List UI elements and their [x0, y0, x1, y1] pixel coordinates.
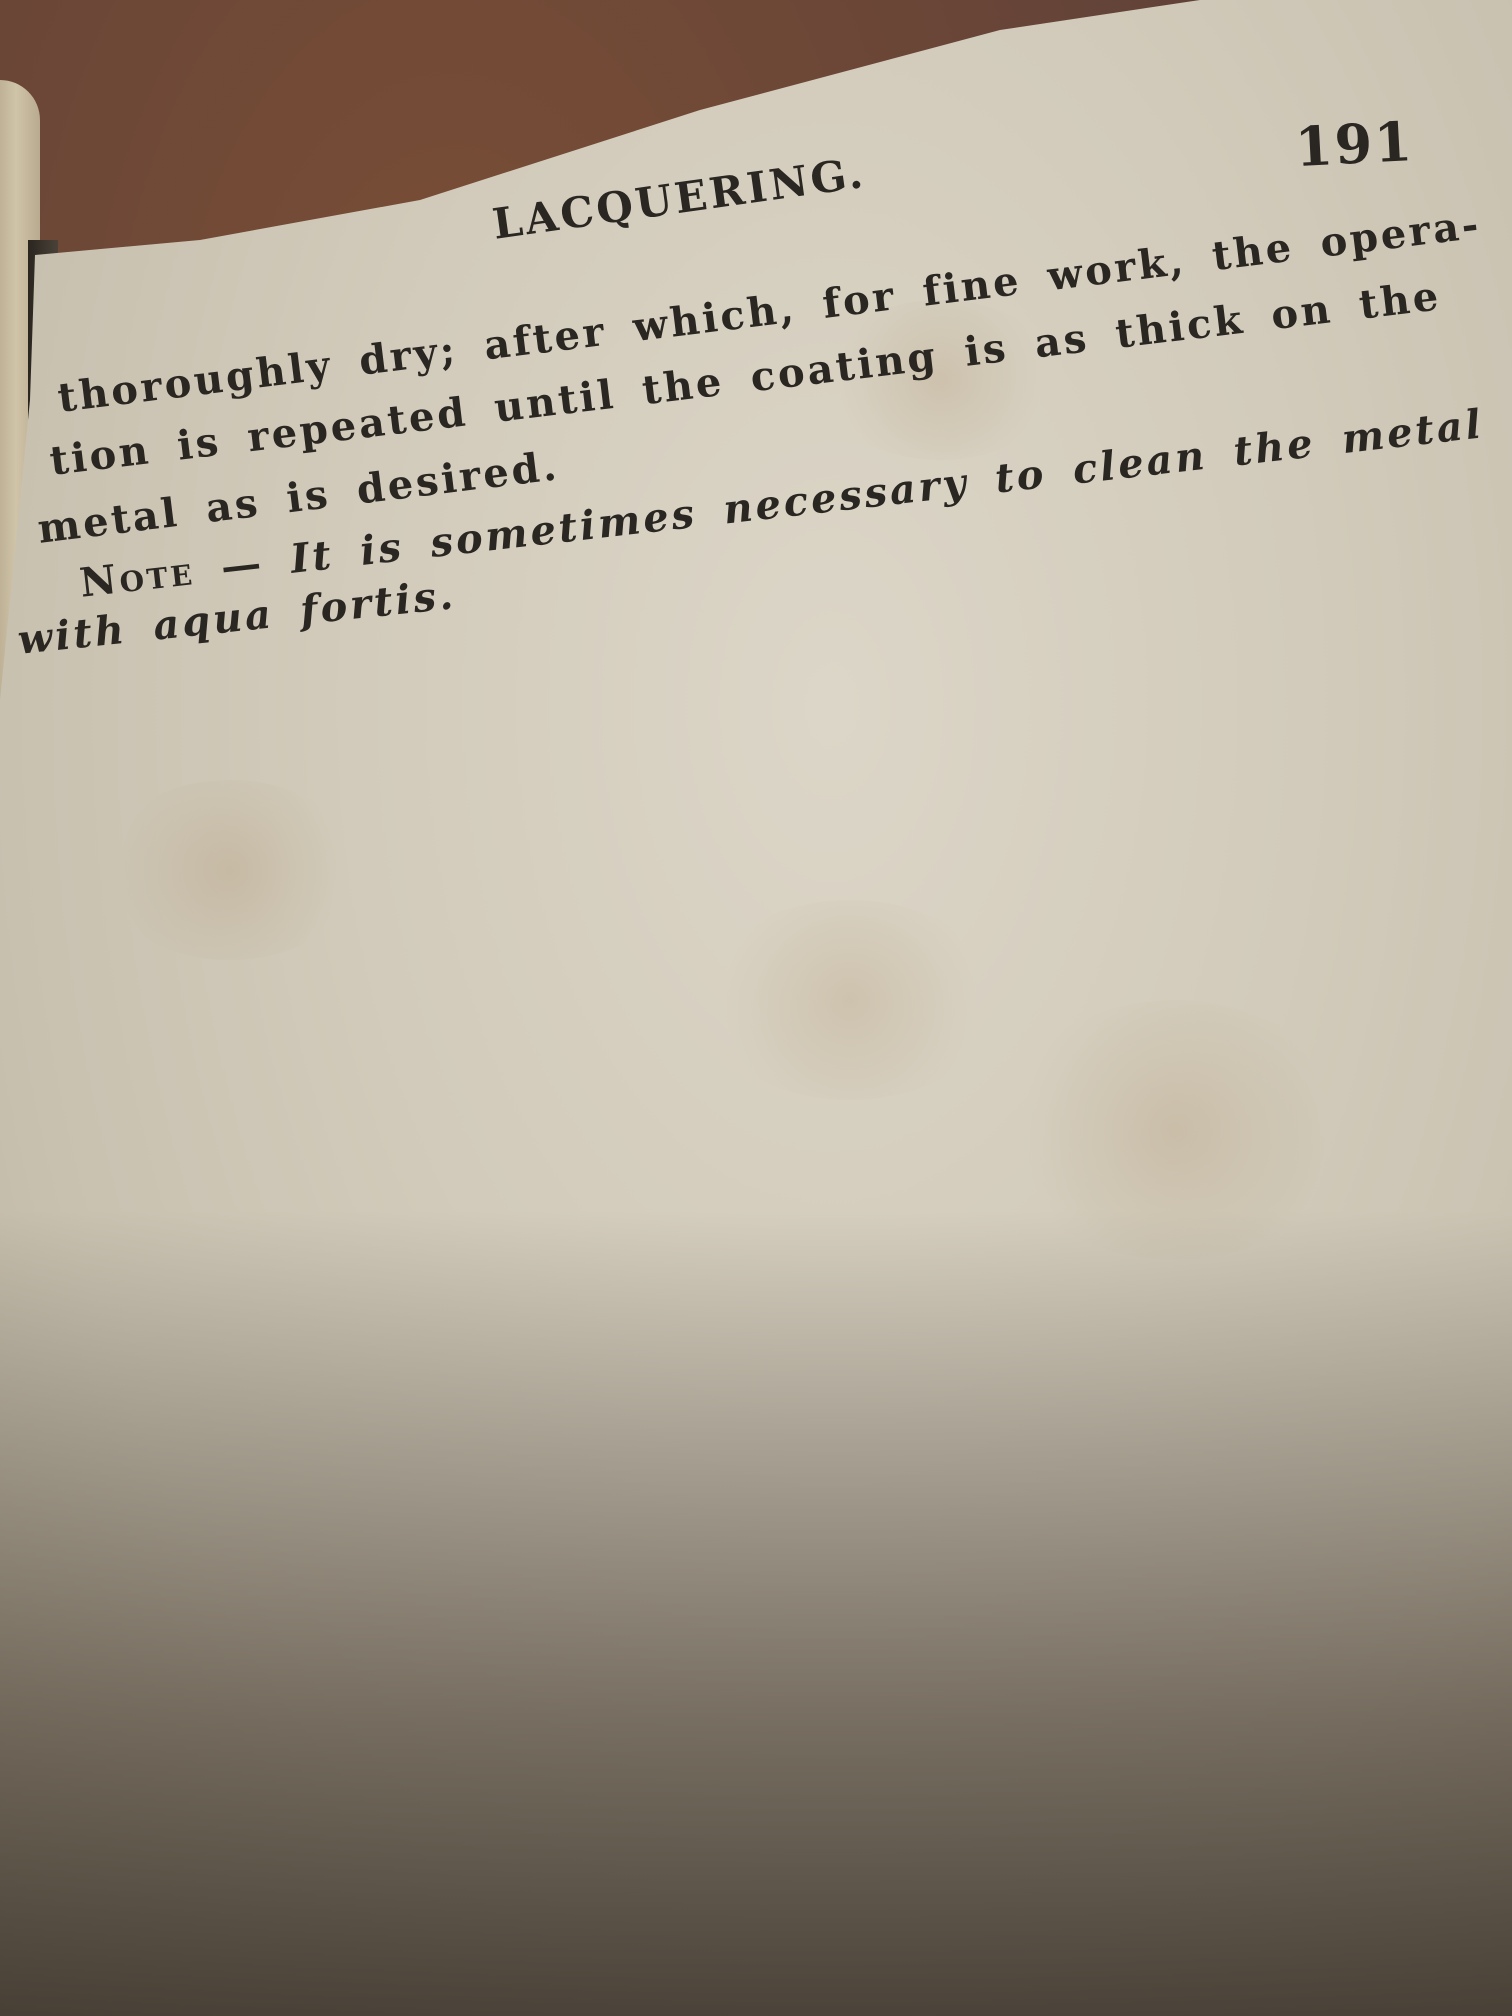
paper-stain	[1000, 1000, 1350, 1260]
page-text: 191 LACQUERING. thoroughly dry; after wh…	[0, 0, 1512, 700]
note-label: Note	[77, 547, 197, 607]
note-dash: —	[192, 539, 267, 594]
page-number: 191	[1293, 109, 1415, 179]
paper-stain	[100, 780, 360, 960]
paper-stain	[700, 900, 1000, 1100]
running-head: LACQUERING.	[490, 148, 869, 249]
